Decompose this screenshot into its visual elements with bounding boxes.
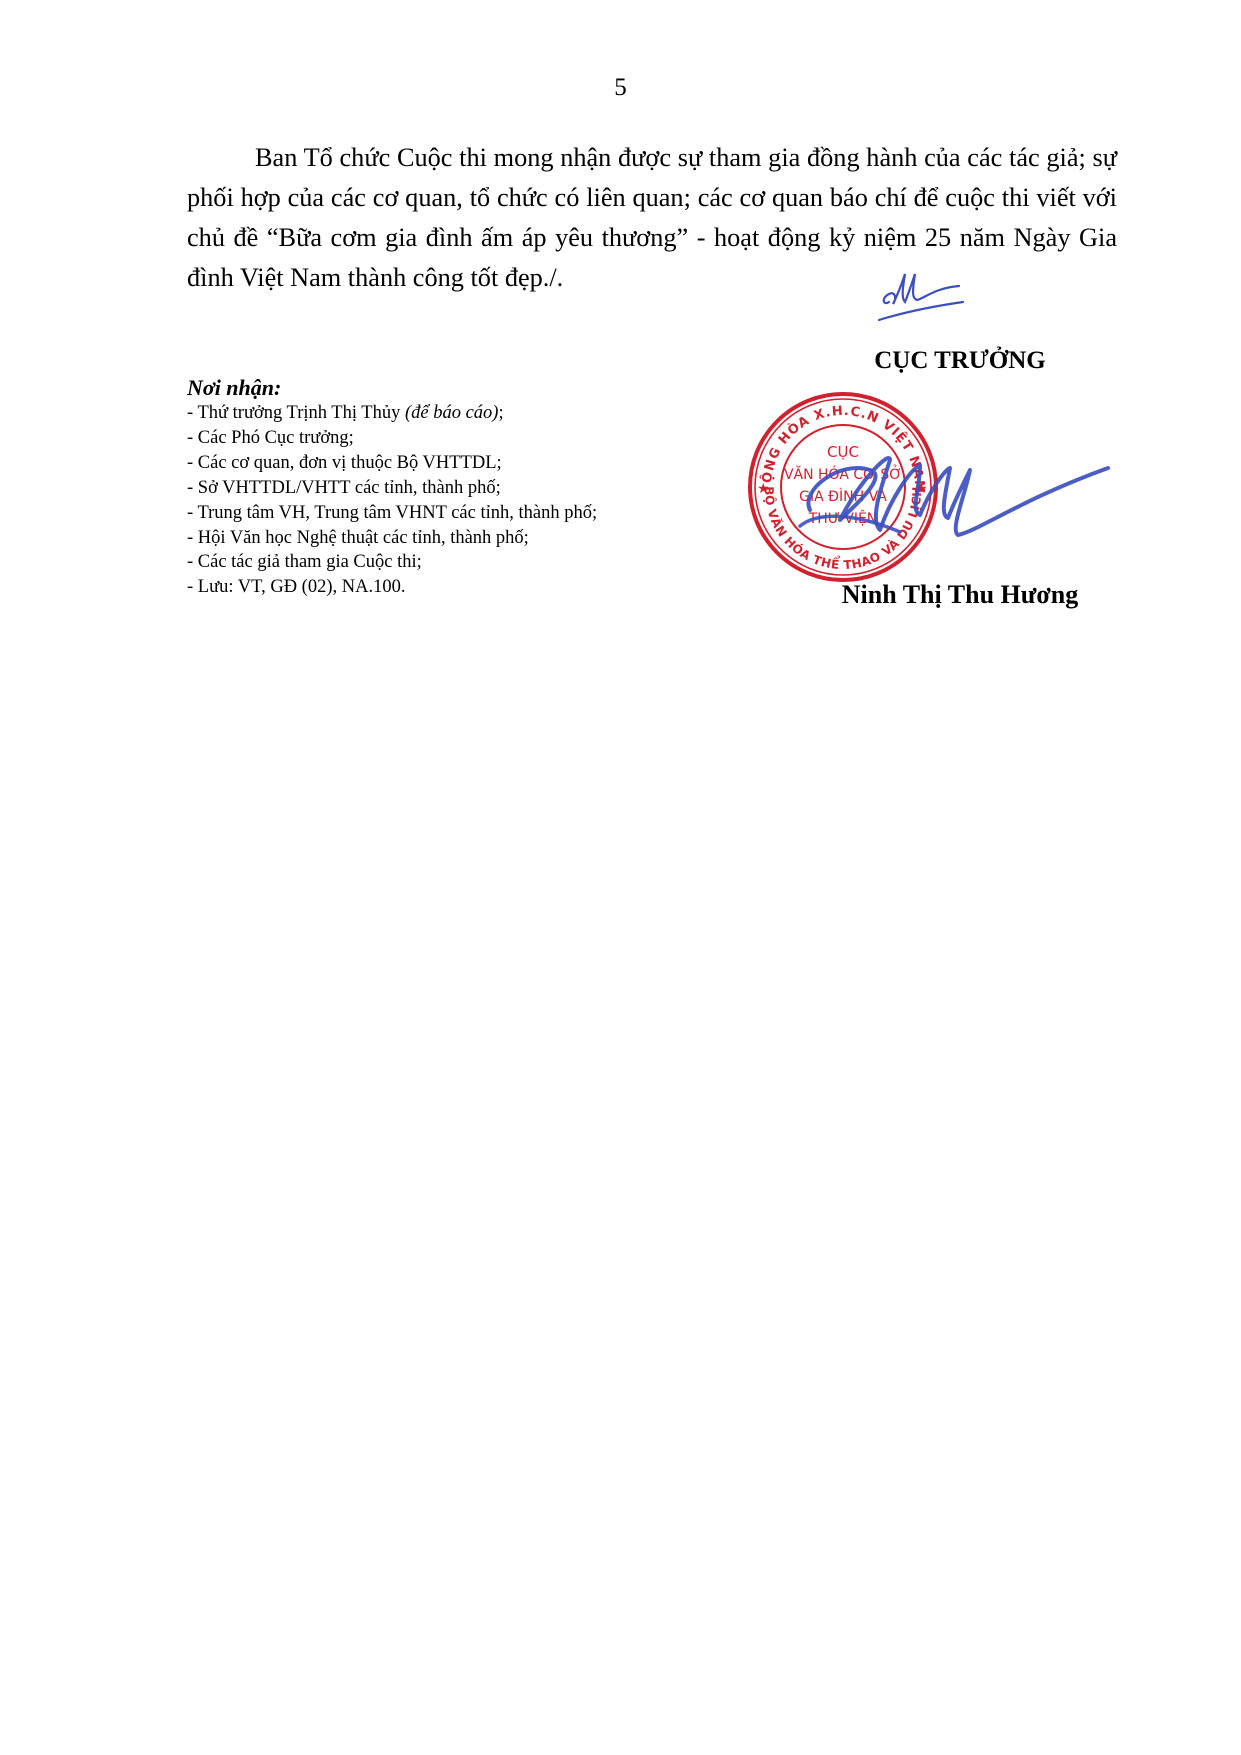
recipients-list: - Thứ trưởng Trịnh Thị Thủy (để báo cáo)… (187, 401, 747, 600)
closing-paragraph: Ban Tổ chức Cuộc thi mong nhận được sự t… (187, 138, 1117, 298)
handwritten-signature-icon (780, 440, 1110, 550)
signer-name: Ninh Thị Thu Hương (770, 580, 1150, 610)
recipient-item: - Hội Văn học Nghệ thuật các tỉnh, thành… (187, 526, 747, 551)
svg-text:★: ★ (757, 481, 770, 497)
recipient-item: - Các cơ quan, đơn vị thuộc Bộ VHTTDL; (187, 451, 747, 476)
recipient-note: (để báo cáo) (405, 403, 499, 423)
signer-title: CỤC TRƯỞNG (770, 346, 1150, 376)
signer-block: CỤC TRƯỞNG (770, 346, 1150, 376)
recipient-item: - Trung tâm VH, Trung tâm VHNT các tỉnh,… (187, 501, 747, 526)
recipients-title: Nơi nhận: (187, 374, 747, 401)
page-number: 5 (0, 74, 1241, 102)
initials-mark-icon (875, 262, 965, 322)
recipient-item: - Thứ trưởng Trịnh Thị Thủy (để báo cáo)… (187, 401, 747, 426)
recipient-item: - Các tác giả tham gia Cuộc thi; (187, 550, 747, 575)
recipients-block: Nơi nhận: - Thứ trưởng Trịnh Thị Thủy (đ… (187, 374, 747, 600)
recipient-item: - Các Phó Cục trưởng; (187, 426, 747, 451)
recipient-item: - Lưu: VT, GĐ (02), NA.100. (187, 575, 747, 600)
recipient-item: - Sở VHTTDL/VHTT các tỉnh, thành phố; (187, 476, 747, 501)
